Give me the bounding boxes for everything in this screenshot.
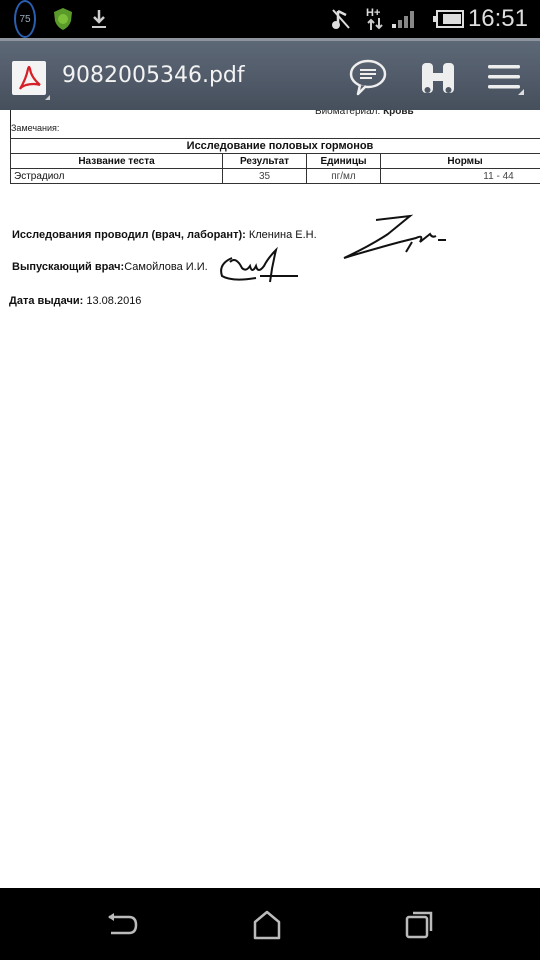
pdf-page[interactable]: Биоматериал: Кровь Замечания: Исследован… (0, 110, 540, 888)
comment-icon[interactable] (346, 55, 390, 99)
app-toolbar: 9082005346.pdf (0, 38, 540, 110)
menu-icon[interactable] (484, 55, 528, 99)
clock: 16:51 (468, 0, 528, 38)
issuing-doctor: Выпускающий врач:Самойлова И.И. (12, 261, 208, 273)
column-header: Результат (223, 154, 307, 169)
column-header: Нормы (381, 154, 540, 169)
cell-norms: 11 - 44 (381, 169, 540, 184)
signature-klenina (340, 212, 450, 262)
signal-icon (392, 0, 418, 38)
issue-date-label: Дата выдачи: (9, 295, 83, 307)
network-hplus-icon: H+ (366, 0, 386, 38)
performed-by-value: Кленина Е.Н. (249, 229, 317, 241)
issue-date: Дата выдачи: 13.08.2016 (9, 295, 141, 307)
results-table: Исследование половых гормонов Название т… (10, 138, 540, 184)
biomaterial-label: Биоматериал: (315, 110, 380, 117)
signature-samoylova (216, 246, 306, 288)
back-icon[interactable] (103, 908, 143, 944)
performed-by-label: Исследования проводил (врач, лаборант): (12, 229, 246, 241)
biomaterial: Биоматериал: Кровь (315, 110, 414, 117)
performed-by: Исследования проводил (врач, лаборант): … (12, 229, 317, 241)
recent-apps-icon[interactable] (400, 908, 440, 944)
issuing-doctor-value: Самойлова И.И. (124, 261, 208, 273)
adobe-reader-icon[interactable] (12, 61, 46, 95)
remarks-label: Замечания: (11, 123, 59, 133)
cell-test-name: Эстрадиол (11, 169, 223, 184)
battery-icon (433, 0, 465, 38)
column-header: Название теста (11, 154, 223, 169)
download-icon (90, 0, 108, 38)
svg-text:H+: H+ (366, 7, 380, 19)
navigation-bar (0, 888, 540, 960)
issuing-doctor-label: Выпускающий врач: (12, 261, 124, 273)
home-icon[interactable] (247, 908, 287, 944)
issue-date-value: 13.08.2016 (86, 295, 141, 307)
column-header: Единицы (307, 154, 381, 169)
cell-units: пг/мл (307, 169, 381, 184)
cell-result: 35 (223, 169, 307, 184)
file-name: 9082005346.pdf (62, 63, 245, 88)
biomaterial-value: Кровь (383, 110, 414, 117)
security-shield-icon (52, 0, 74, 38)
notification-count: 75 (19, 14, 30, 25)
table-header: Название теста Результат Единицы Нормы (11, 154, 540, 169)
dropdown-corner-icon (45, 95, 50, 100)
find-binoculars-icon[interactable] (416, 55, 460, 99)
table-title: Исследование половых гормонов (11, 139, 540, 154)
music-muted-icon (330, 0, 352, 38)
table-row: Эстрадиол 35 пг/мл 11 - 44 (11, 169, 540, 184)
status-bar: 75 H+ 16:51 (0, 0, 540, 38)
notification-count-icon: 75 (14, 0, 36, 38)
